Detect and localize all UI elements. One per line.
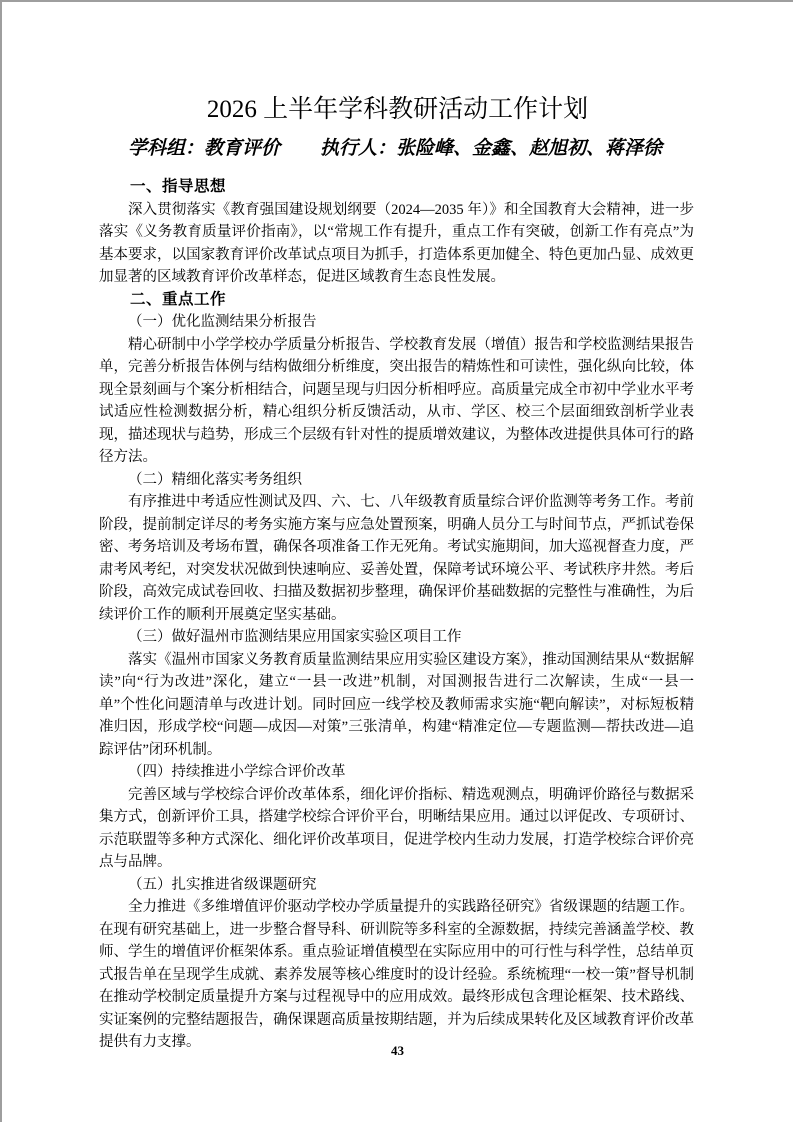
paragraph: 落实《温州市国家义务教育质量监测结果应用实验区建设方案》，推动国测结果从“数据解…	[99, 649, 694, 762]
document-title: 2026 上半年学科教研活动工作计划	[2, 2, 793, 128]
section-heading: 一、指导思想	[99, 176, 694, 199]
sub-section-heading: （三）做好温州市监测结果应用国家实验区项目工作	[99, 626, 694, 649]
sub-section-heading: （五）扎实推进省级课题研究	[99, 874, 694, 897]
document-page: 2026 上半年学科教研活动工作计划 学科组：教育评价执行人：张险峰、金鑫、赵旭…	[0, 0, 793, 1122]
sub-section-heading: （一）优化监测结果分析报告	[99, 311, 694, 334]
paragraph: 完善区域与学校综合评价改革体系，细化评价指标、精选观测点，明确评价路径与数据采集…	[99, 784, 694, 874]
paragraph: 有序推进中考适应性测试及四、六、七、八年级教育质量综合评价监测等考务工作。考前阶…	[99, 491, 694, 626]
document-body: 一、指导思想深入贯彻落实《教育强国建设规划纲要（2024—2035 年）》和全国…	[99, 176, 694, 1054]
page-number: 43	[2, 1043, 793, 1059]
executors-value: 张险峰、金鑫、赵旭初、蒋泽徐	[396, 138, 662, 159]
subject-group-label: 学科组：	[128, 138, 204, 159]
paragraph: 精心研制中小学学校办学质量分析报告、学校教育发展（增值）报告和学校监测结果报告单…	[99, 334, 694, 469]
document-meta-line: 学科组：教育评价执行人：张险峰、金鑫、赵旭初、蒋泽徐	[128, 135, 793, 163]
sub-section-heading: （四）持续推进小学综合评价改革	[99, 761, 694, 784]
section-heading: 二、重点工作	[99, 289, 694, 312]
subject-group-value: 教育评价	[204, 138, 280, 159]
executors-label: 执行人：	[320, 138, 396, 159]
paragraph: 深入贯彻落实《教育强国建设规划纲要（2024—2035 年）》和全国教育大会精神…	[99, 199, 694, 289]
sub-section-heading: （二）精细化落实考务组织	[99, 469, 694, 492]
paragraph: 全力推进《多维增值评价驱动学校办学质量提升的实践路径研究》省级课题的结题工作。在…	[99, 896, 694, 1054]
